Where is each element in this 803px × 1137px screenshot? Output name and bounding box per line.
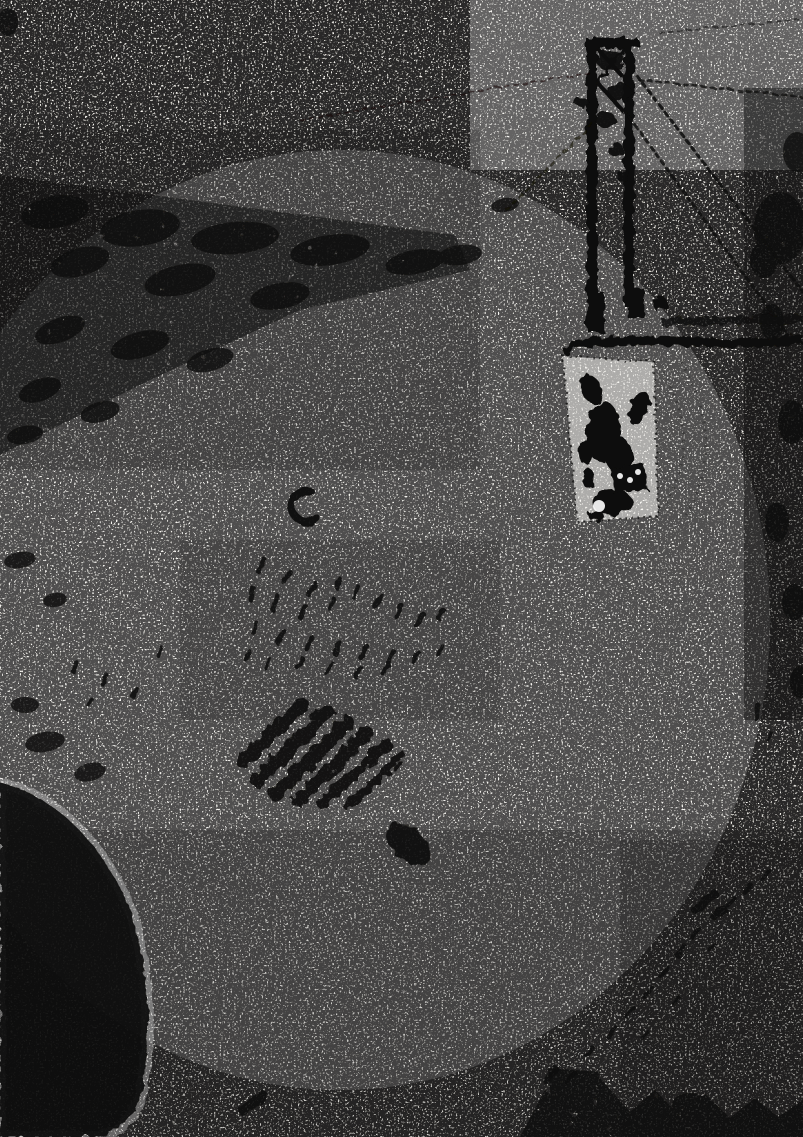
highlight-hole bbox=[635, 469, 641, 475]
lattice-clot bbox=[575, 98, 589, 108]
figure-blob bbox=[582, 468, 594, 488]
figure-blob bbox=[579, 373, 591, 385]
foot-track bbox=[254, 623, 257, 634]
mast-left-rail bbox=[587, 40, 597, 332]
foot-track bbox=[246, 650, 249, 660]
scrub-clot bbox=[750, 242, 778, 278]
lattice-clot bbox=[608, 143, 624, 157]
scrub-chunk bbox=[548, 1068, 600, 1115]
lattice-clot bbox=[607, 83, 631, 101]
halftone-photograph bbox=[0, 0, 803, 1137]
mast-right-foot bbox=[628, 288, 644, 318]
foot-track bbox=[337, 578, 340, 588]
scrub-clot bbox=[11, 697, 39, 713]
lattice-clot bbox=[596, 112, 616, 128]
photo-canvas bbox=[0, 0, 803, 1137]
foot-track bbox=[251, 588, 253, 600]
trail-mark bbox=[756, 705, 757, 719]
highlight-hole bbox=[617, 473, 623, 479]
main-crossbar bbox=[574, 339, 803, 343]
lattice-clot bbox=[616, 170, 630, 182]
figure-blob bbox=[588, 511, 604, 521]
figure-blob bbox=[636, 392, 650, 406]
mast-left-foot bbox=[588, 292, 604, 332]
upper-bar bbox=[662, 319, 803, 322]
highlight-hole bbox=[593, 500, 605, 512]
scrub-clump bbox=[672, 1093, 708, 1117]
scrub-clot bbox=[765, 502, 789, 542]
figure-blob bbox=[578, 440, 592, 464]
highlight-hole bbox=[627, 477, 633, 483]
density-patch-bottomright bbox=[620, 840, 803, 1137]
density-patch-center bbox=[180, 540, 500, 720]
lattice-clot bbox=[596, 50, 624, 70]
